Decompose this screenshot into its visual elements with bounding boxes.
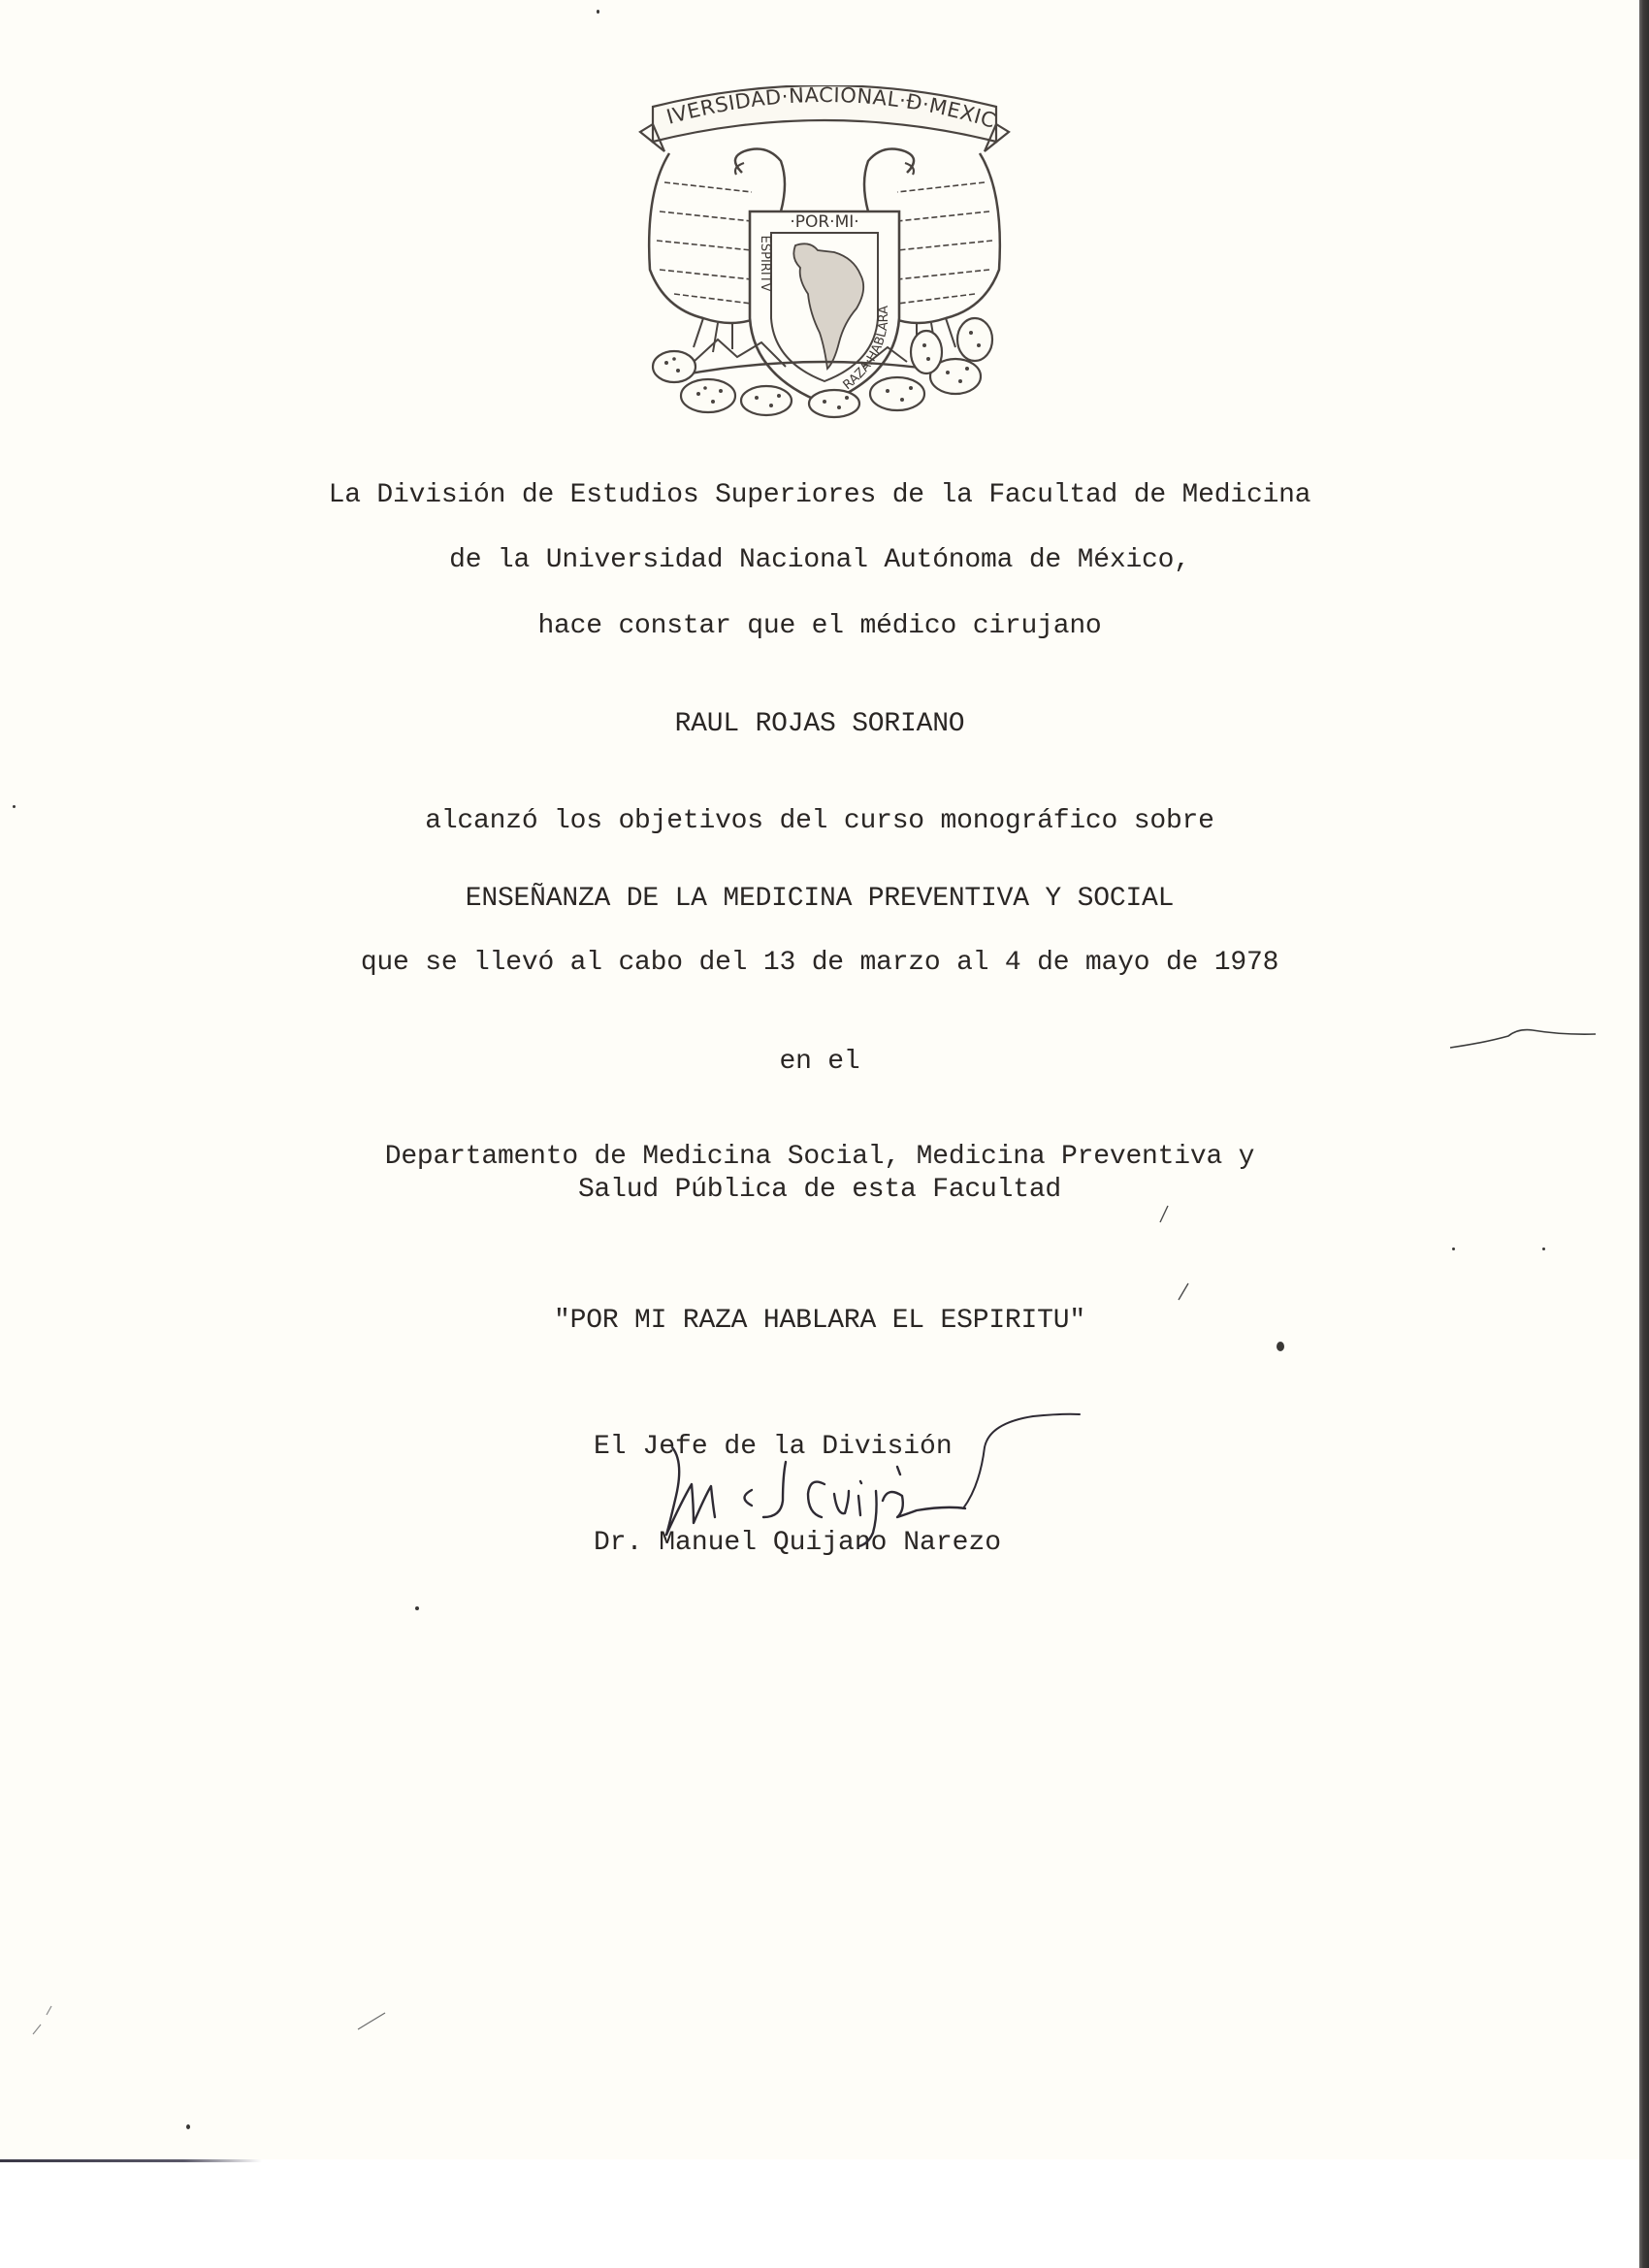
issuer-line-1: La División de Estudios Superiores de la… bbox=[0, 479, 1639, 512]
pen-scratch bbox=[354, 2008, 393, 2032]
recipient-name: RAUL ROJAS SORIANO bbox=[0, 708, 1639, 741]
paper-speck bbox=[186, 2124, 190, 2129]
course-dates: que se llevó al cabo del 13 de marzo al … bbox=[0, 947, 1639, 980]
university-motto: "POR MI RAZA HABLARA EL ESPIRITU" bbox=[0, 1305, 1639, 1338]
paper-speck bbox=[1542, 1247, 1545, 1250]
paper-speck bbox=[1452, 1247, 1455, 1250]
department-line-1: Departamento de Medicina Social, Medicin… bbox=[0, 1141, 1639, 1174]
paper-speck bbox=[13, 805, 16, 808]
ink-blot bbox=[1277, 1342, 1284, 1351]
handwritten-signature-icon bbox=[655, 1409, 1120, 1549]
pen-scratch bbox=[1445, 1019, 1610, 1057]
attestation-line: hace constar que el médico cirujano bbox=[0, 610, 1639, 643]
pen-scratch bbox=[1154, 1203, 1174, 1227]
scan-background bbox=[0, 2162, 1639, 2268]
paper-bottom-edge bbox=[0, 2159, 262, 2162]
location-intro: en el bbox=[0, 1046, 1639, 1079]
department-line-2: Salud Pública de esta Facultad bbox=[0, 1174, 1639, 1207]
pen-scratch bbox=[1174, 1280, 1193, 1305]
unam-seal-icon: VNIVERSIDAD·NACIONAL·Đ·MEXICO ·POR·MI· E… bbox=[635, 85, 1014, 420]
paper-speck bbox=[415, 1606, 419, 1610]
seal-shield-left-text: ESPIRITV bbox=[758, 236, 772, 292]
paper-speck bbox=[597, 10, 599, 14]
achievement-line: alcanzó los objetivos del curso monográf… bbox=[0, 805, 1639, 838]
course-title: ENSEÑANZA DE LA MEDICINA PREVENTIVA Y SO… bbox=[0, 883, 1639, 916]
pen-scratch bbox=[27, 2003, 56, 2042]
issuer-line-2: de la Universidad Nacional Autónoma de M… bbox=[0, 544, 1639, 577]
seal-shield-top-text: ·POR·MI· bbox=[790, 212, 858, 232]
scan-right-edge bbox=[1639, 0, 1649, 2268]
